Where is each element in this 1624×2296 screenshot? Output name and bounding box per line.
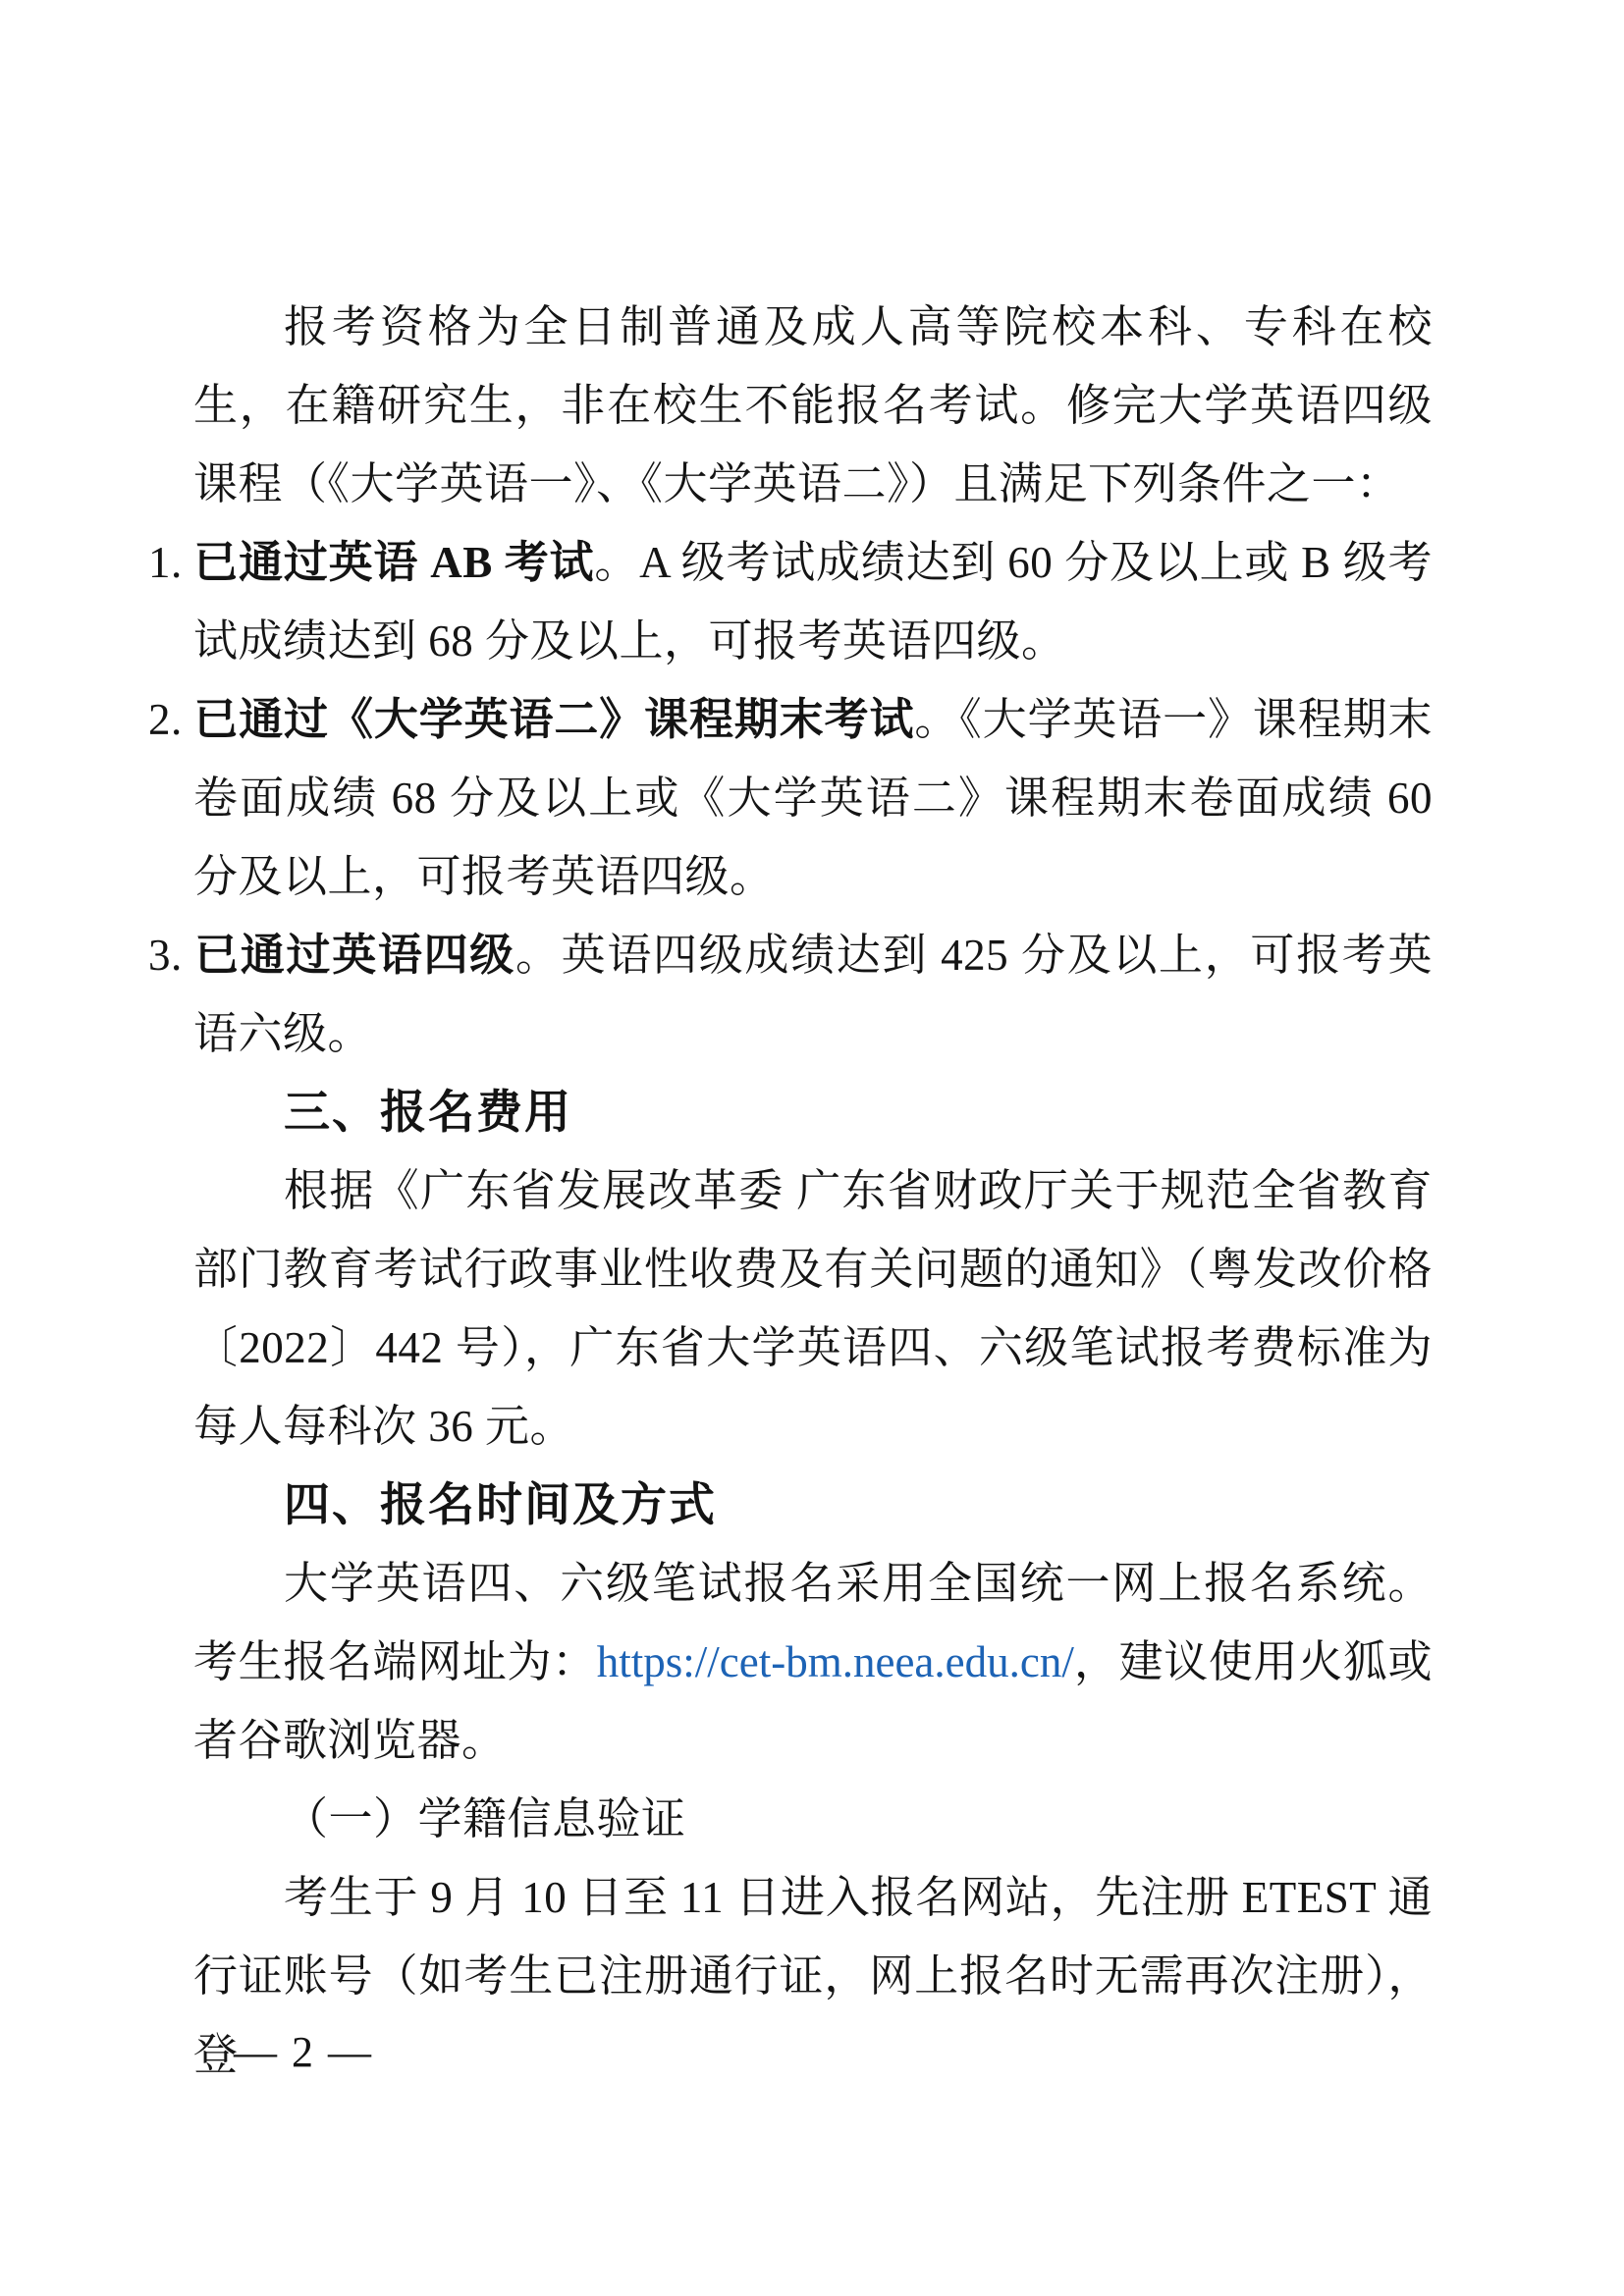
eligibility-paragraph: 报考资格为全日制普通及成人高等院校本科、专科在校生，在籍研究生，非在校生不能报名… <box>193 288 1433 523</box>
document-page: 报考资格为全日制普通及成人高等院校本科、专科在校生，在籍研究生，非在校生不能报名… <box>0 0 1624 2296</box>
registration-website-paragraph: 大学英语四、六级笔试报名采用全国统一网上报名系统。考生报名端网址为：https:… <box>193 1544 1433 1780</box>
condition-item-1: 1.已通过英语 AB 考试。A 级考试成绩达到 60 分及以上或 B 级考试成绩… <box>193 523 1433 680</box>
section-heading-registration-time: 四、报名时间及方式 <box>193 1466 1433 1544</box>
condition-item-3: 3.已通过英语四级。英语四级成绩达到 425 分及以上，可报考英语六级。 <box>193 916 1433 1073</box>
page-number: — 2 — <box>234 2028 373 2077</box>
condition-2-bold-lead: 已通过《大学英语二》课程期末考试 <box>193 695 914 744</box>
document-content: 报考资格为全日制普通及成人高等院校本科、专科在校生，在籍研究生，非在校生不能报名… <box>193 288 1433 2094</box>
condition-2-number: 2. <box>148 680 193 759</box>
sub-heading-student-status-verification: （一）学籍信息验证 <box>193 1780 1433 1858</box>
section-heading-registration-fee: 三、报名费用 <box>193 1073 1433 1151</box>
condition-1-number: 1. <box>148 523 193 602</box>
condition-3-number: 3. <box>148 916 193 994</box>
registration-url-link[interactable]: https://cet-bm.neea.edu.cn/ <box>597 1637 1074 1686</box>
condition-3-bold-lead: 已通过英语四级 <box>193 931 515 980</box>
condition-1-bold-lead: 已通过英语 AB 考试 <box>193 538 594 587</box>
condition-item-2: 2.已通过《大学英语二》课程期末考试。《大学英语一》课程期末卷面成绩 68 分及… <box>193 680 1433 916</box>
etest-account-paragraph: 考生于 9 月 10 日至 11 日进入报名网站，先注册 ETEST 通行证账号… <box>193 1858 1433 2094</box>
registration-fee-paragraph: 根据《广东省发展改革委 广东省财政厅关于规范全省教育部门教育考试行政事业性收费及… <box>193 1151 1433 1466</box>
